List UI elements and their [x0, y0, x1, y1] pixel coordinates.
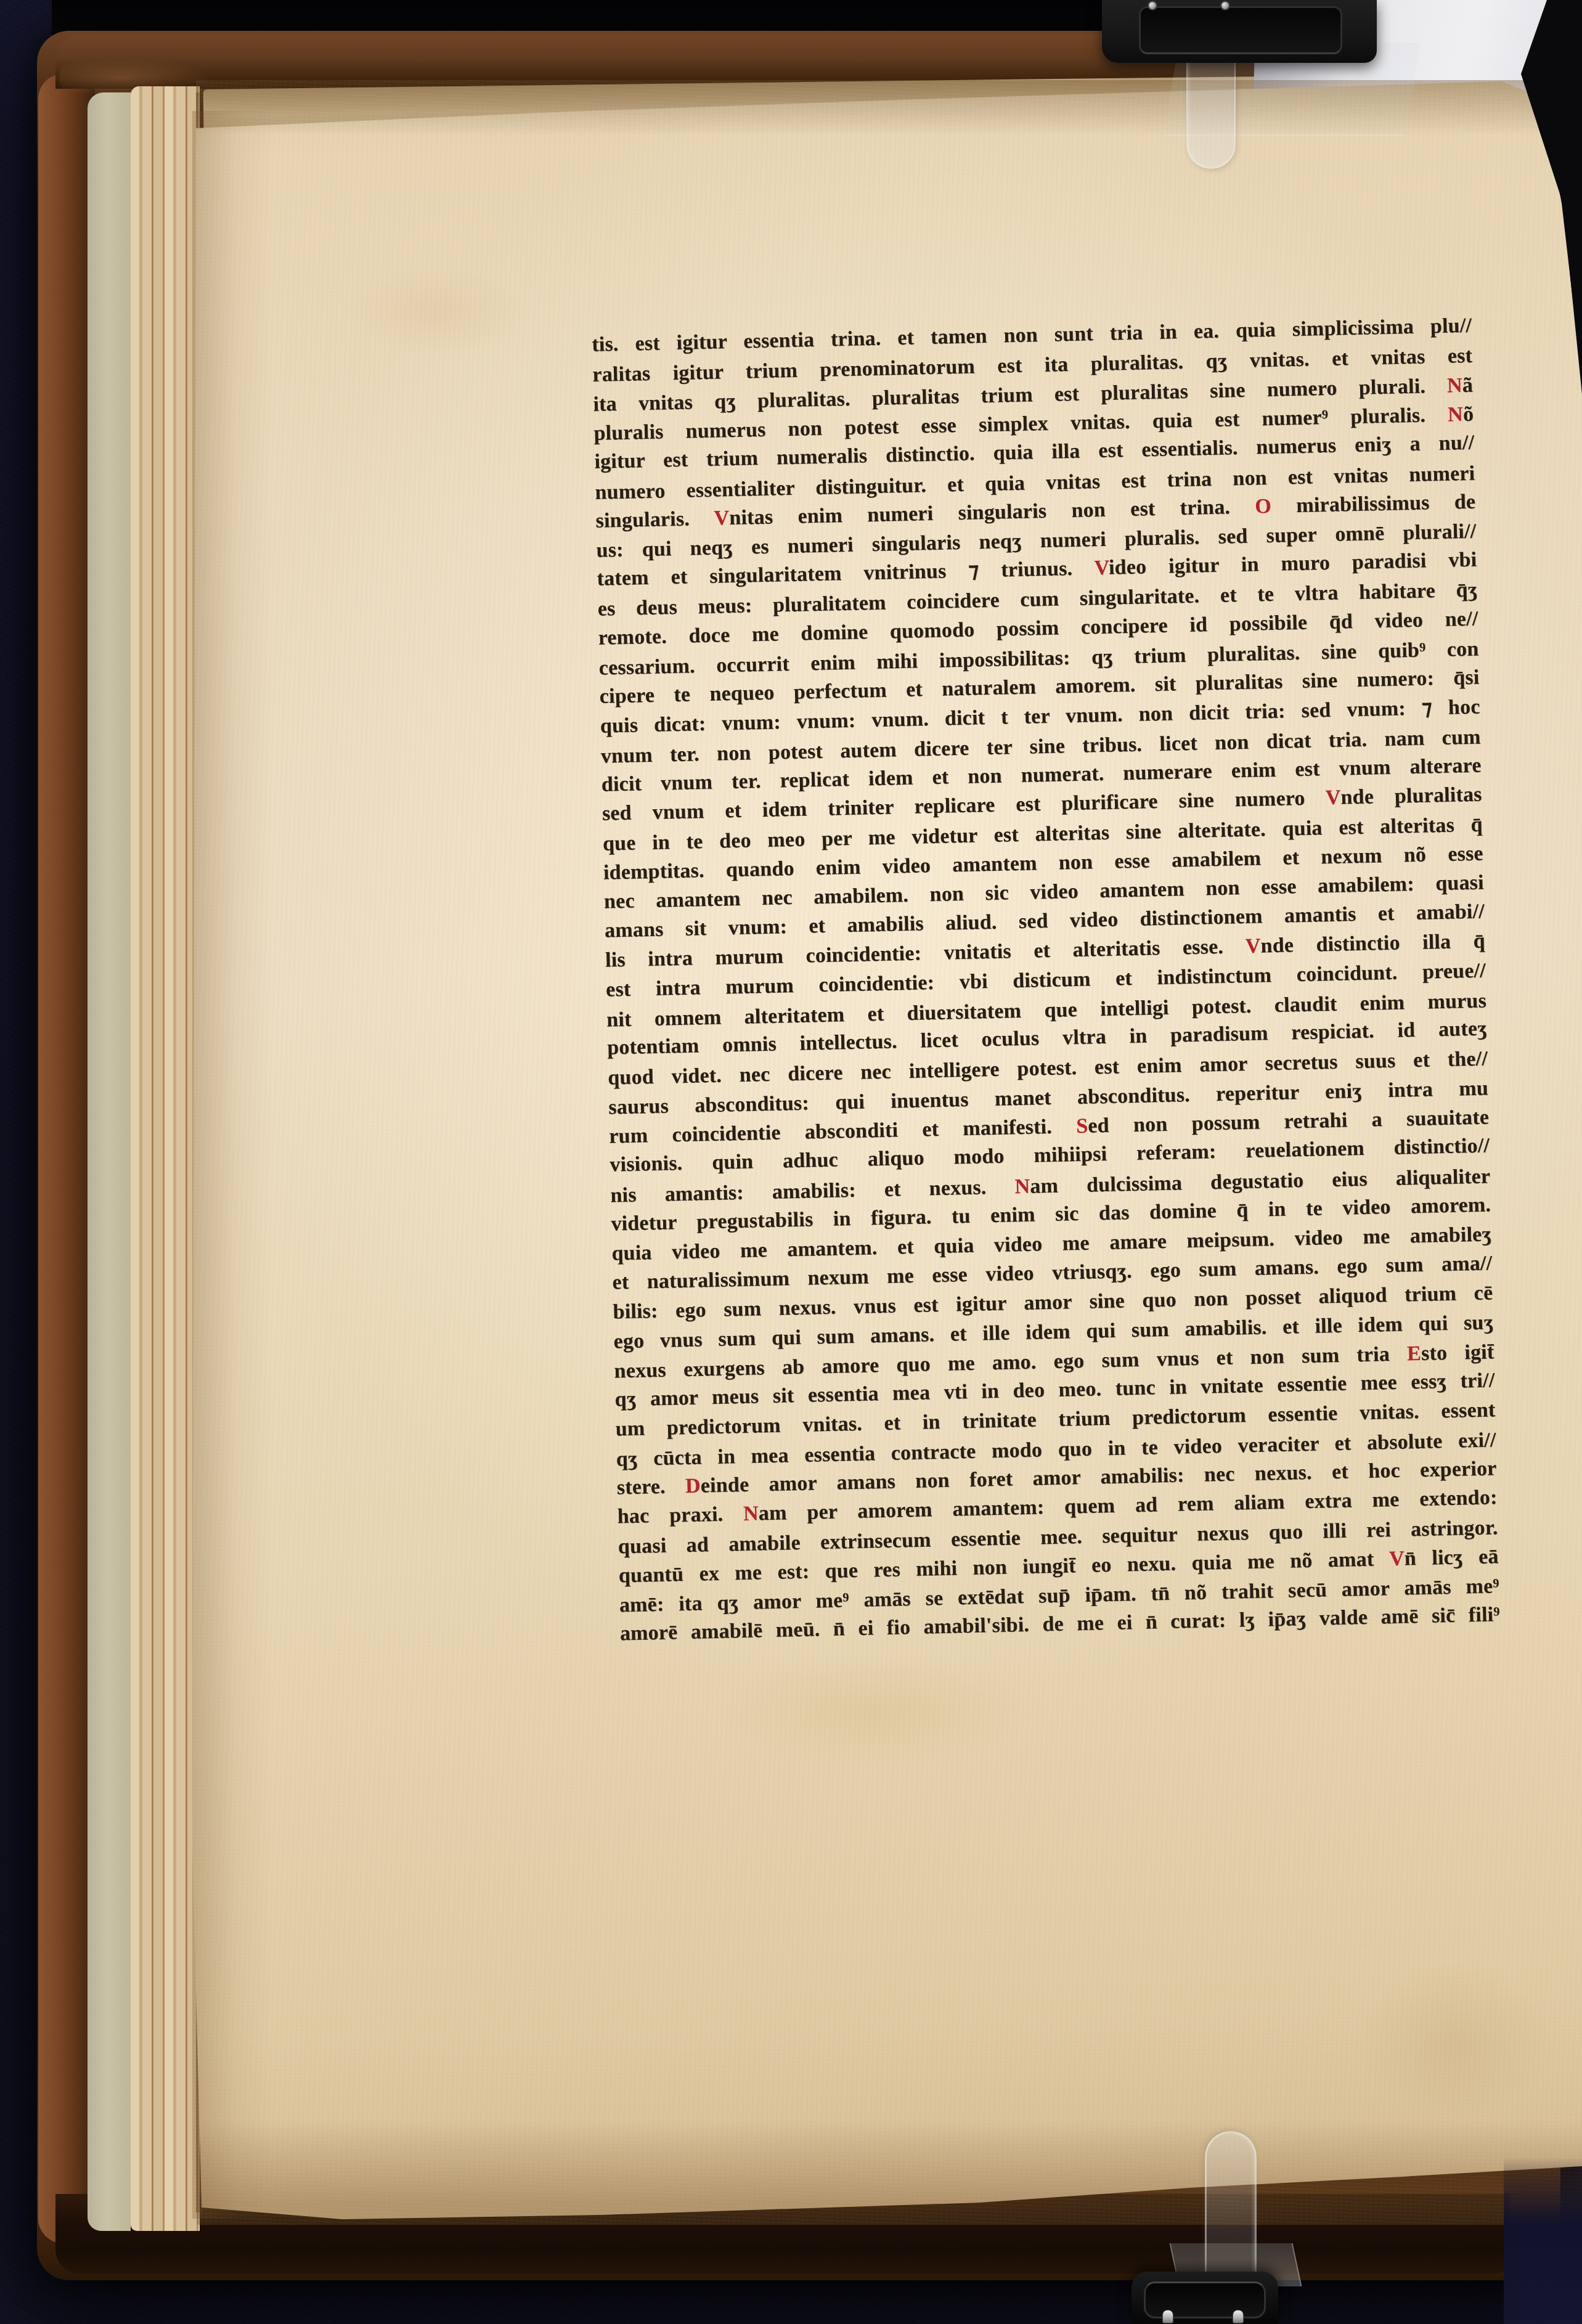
flyleaf-edge: [88, 92, 131, 2231]
stacked-page-edges: [131, 86, 200, 2231]
clamp-screw-icon: [1220, 1, 1230, 10]
rubricated-initial: V: [1325, 786, 1341, 809]
clamp-pin-icon: [1233, 2310, 1244, 2323]
text-segment: sto igit̄: [1421, 1340, 1494, 1365]
rubricated-initial: V: [714, 507, 730, 530]
text-segment: mirabilissimus de: [1271, 491, 1476, 518]
photograph-of-incunabulum-page: tis. est igitur essentia trina. et tamen…: [0, 0, 1582, 2324]
paper-stain: [345, 265, 530, 357]
text-segment: nde pluralitas: [1340, 783, 1482, 809]
text-segment: singularis.: [595, 507, 714, 532]
text-segment: õ: [1462, 402, 1474, 425]
rubricated-initial: N: [1448, 403, 1464, 426]
text-segment: stere.: [616, 1475, 685, 1499]
leather-cover-left-edge: [38, 74, 95, 2243]
text-segment: hac praxi.: [617, 1502, 743, 1528]
text-segment: nde distinctio illa q̄: [1260, 930, 1485, 958]
rubricated-initial: S: [1076, 1114, 1088, 1137]
rubricated-initial: O: [1255, 495, 1271, 518]
rubricated-initial: N: [743, 1502, 759, 1525]
rubricated-initial: V: [1389, 1547, 1405, 1571]
paper-stain: [1356, 1960, 1553, 2120]
cloth-bottom-right: [1504, 2157, 1582, 2324]
rubricated-initial: V: [1094, 557, 1109, 580]
clamp-screw-icon: [1148, 1, 1157, 10]
text-segment: n̄ licʒ eā: [1404, 1545, 1499, 1570]
text-segment: ã: [1462, 374, 1473, 397]
rubricated-initial: N: [1014, 1175, 1030, 1199]
clamp-top-inner-plate: [1139, 6, 1342, 54]
rubricated-initial: N: [1447, 374, 1463, 398]
rubricated-initial: V: [1245, 935, 1261, 958]
paper-stain: [715, 1652, 1035, 1769]
clamp-pin-icon: [1162, 2310, 1173, 2323]
rubricated-initial: E: [1407, 1342, 1422, 1365]
text-block: tis. est igitur essentia trina. et tamen…: [592, 312, 1500, 1651]
text-segment: ideo igitur in muro paradisi vbi: [1109, 548, 1477, 579]
rubricated-initial: D: [685, 1475, 701, 1498]
